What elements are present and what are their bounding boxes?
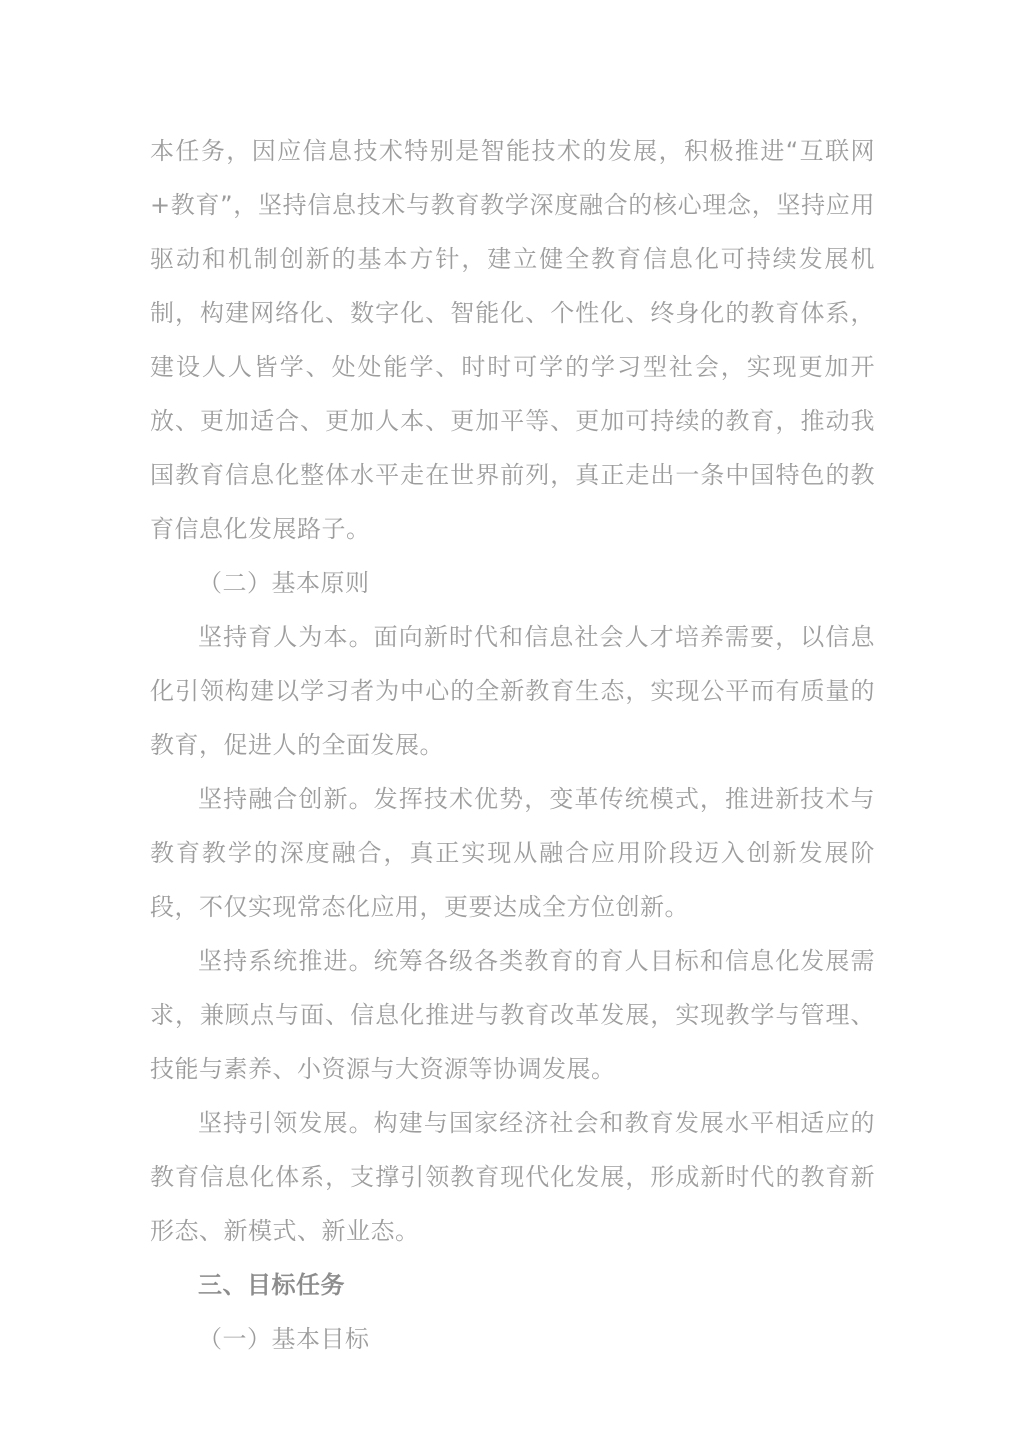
section-heading-goals-and-tasks: 三、目标任务: [150, 1258, 875, 1312]
paragraph-principle-systematic-advancement: 坚持系统推进。统筹各级各类教育的育人目标和信息化发展需求，兼顾点与面、信息化推进…: [150, 934, 875, 1096]
document-page: 本任务，因应信息技术特别是智能技术的发展，积极推进“互联网+教育”，坚持信息技术…: [0, 0, 1024, 1448]
paragraph-principle-leading-development: 坚持引领发展。构建与国家经济社会和教育发展水平相适应的教育信息化体系，支撑引领教…: [150, 1096, 875, 1258]
paragraph-overall-requirements-continuation: 本任务，因应信息技术特别是智能技术的发展，积极推进“互联网+教育”，坚持信息技术…: [150, 124, 875, 556]
subheading-basic-principles: （二）基本原则: [150, 556, 875, 610]
paragraph-principle-people-oriented: 坚持育人为本。面向新时代和信息社会人才培养需要，以信息化引领构建以学习者为中心的…: [150, 610, 875, 772]
subheading-basic-goals: （一）基本目标: [150, 1312, 875, 1366]
paragraph-principle-integration-innovation: 坚持融合创新。发挥技术优势，变革传统模式，推进新技术与教育教学的深度融合，真正实…: [150, 772, 875, 934]
